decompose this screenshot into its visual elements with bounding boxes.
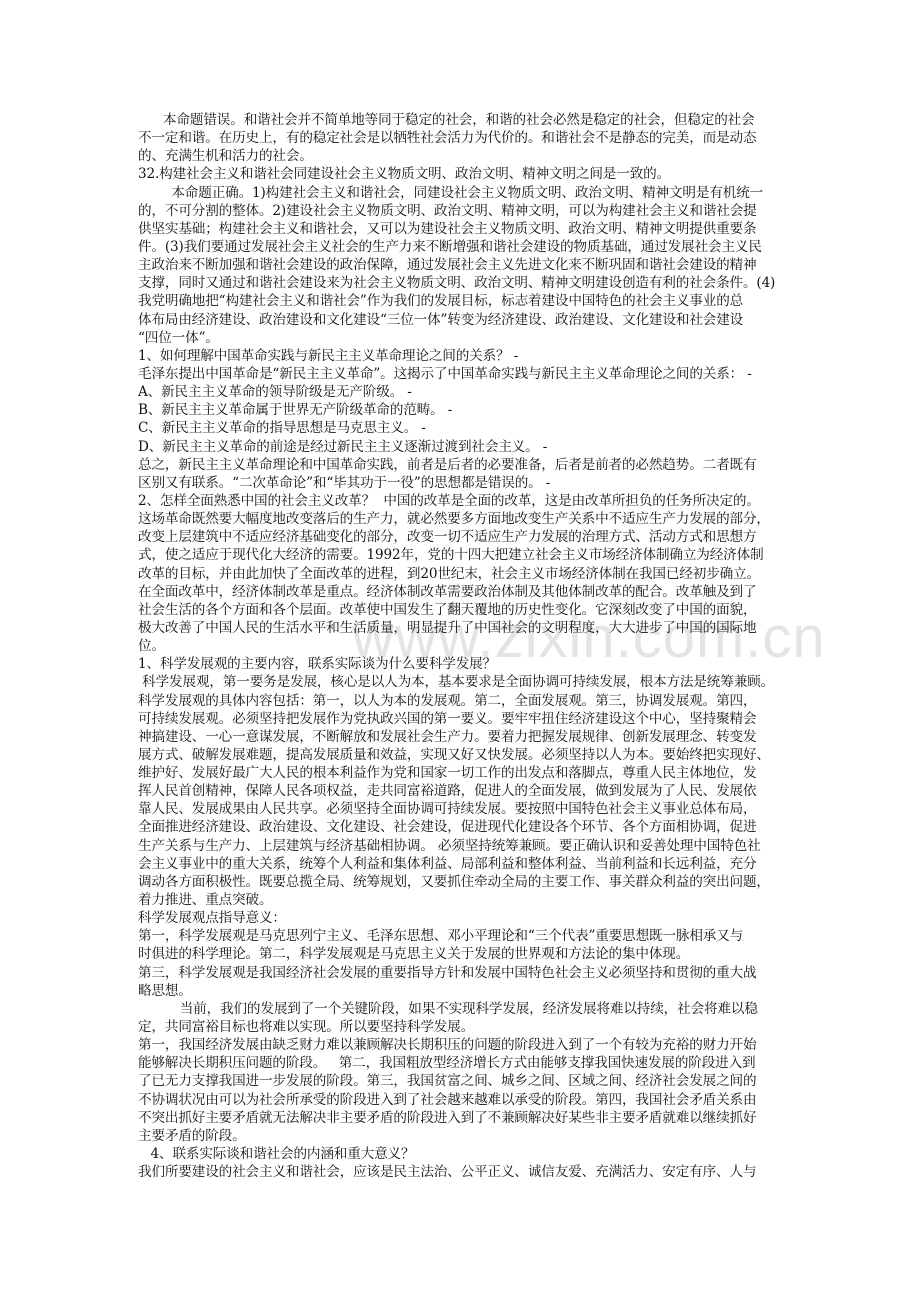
text-line: D、新民主主义革命的前途是经过新民主主义逐渐过渡到社会主义。 - — [138, 438, 798, 456]
text-line: 2、怎样全面熟悉中国的社会主义改革？ 中国的改革是全面的改革，这是由改革所担负的… — [138, 492, 798, 510]
text-line: 我们所要建设的社会主义和谐社会，应该是民主法治、公平正义、诚信友爱、充满活力、安… — [138, 1163, 798, 1181]
text-line: 主要矛盾的阶段。 — [138, 1127, 798, 1145]
text-line: 科学发展观点指导意义： — [138, 909, 798, 927]
text-line: 全面推进经济建设、政治建设、文化建设、社会建设，促进现代化建设各个环节、各个方面… — [138, 818, 798, 836]
text-line: “四位一体”。 — [138, 329, 798, 347]
text-line: 区别又有联系。“二次革命论”和“毕其功于一役”的思想都是错误的。 - — [138, 474, 798, 492]
text-line: C、新民主主义革命的指导思想是马克思主义。 - — [138, 419, 798, 437]
text-line: A、新民主主义革命的领导阶级是无产阶级。 - — [138, 383, 798, 401]
text-line: 能够解决长期积压问题的阶段。 第二，我国粗放型经济增长方式由能够支撑我国快速发展… — [138, 1054, 798, 1072]
text-line: 的，不可分割的整体。2)建设社会主义物质文明、政治文明、精神文明，可以为构建社会… — [138, 202, 798, 220]
document-body: 本命题错误。和谐社会并不简单地等同于稳定的社会，和谐的社会必然是稳定的社会，但稳… — [138, 111, 798, 1181]
text-line: 改革的目标，并由此加快了全面改革的进程，到20世纪末，社会主义市场经济体制在我国… — [138, 565, 798, 583]
text-line: 生产关系与生产力、上层建筑与经济基础相协调。 必须坚持统筹兼顾。要正确认识和妥善… — [138, 837, 798, 855]
text-line: 第一，我国经济发展由缺乏财力难以兼顾解决长期积压的问题的阶段进入到了一个有较为充… — [138, 1036, 798, 1054]
text-line: 我党明确地把“构建社会主义和谐社会”作为我们的发展目标，标志着建设中国特色的社会… — [138, 292, 798, 310]
text-line: 总之，新民主主义革命理论和中国革命实践，前者是后者的必要准备，后者是前者的必然趋… — [138, 456, 798, 474]
text-line: 社会生活的各个方面和各个层面。改革使中国发生了翻天覆地的历史性变化。它深刻改变了… — [138, 601, 798, 619]
text-line: 4、联系实际谈和谐社会的内涵和重大意义？ — [138, 1145, 798, 1163]
text-line: 了已无力支撑我国进一步发展的阶段。第三，我国贫富之间、城乡之间、区域之间、经济社… — [138, 1072, 798, 1090]
text-line: 略思想。 — [138, 982, 798, 1000]
document-page: www.zixin.com.cn 本命题错误。和谐社会并不简单地等同于稳定的社会… — [0, 0, 920, 1302]
text-line: 体布局由经济建设、政治建设和文化建设“三位一体”转变为经济建设、政治建设、文化建… — [138, 311, 798, 329]
text-line: 支撑，同时又通过和谐社会建设来为社会主义物质文明、政治文明、精神文明建设创造有利… — [138, 274, 798, 292]
text-line: 供坚实基础；构建社会主义和谐社会，又可以为建设社会主义物质文明、政治文明、精神文… — [138, 220, 798, 238]
text-line: 不一定和谐。在历史上，有的稳定社会是以牺牲社会活力为代价的。和谐社会不是静态的完… — [138, 129, 798, 147]
text-line: 式，使之适应于现代化大经济的需要。1992年，党的十四大把建立社会主义市场经济体… — [138, 546, 798, 564]
text-line: 靠人民、发展成果由人民共享。必须坚持全面协调可持续发展。要按照中国特色社会主义事… — [138, 800, 798, 818]
text-line: 展方式、破解发展难题，提高发展质量和效益，实现又好又快发展。必须坚持以人为本。要… — [138, 746, 798, 764]
text-line: 毛泽东提出中国革命是“新民主主义革命”。这揭示了中国革命实践与新民主主义革命理论… — [138, 365, 798, 383]
text-line: 维护好、发展好最广大人民的根本利益作为党和国家一切工作的出发点和落脚点，尊重人民… — [138, 764, 798, 782]
text-line: 在全面改革中，经济体制改革是重点。经济体制改革需要政治体制及其他体制改革的配合。… — [138, 583, 798, 601]
text-line: 1、如何理解中国革命实践与新民主主义革命理论之间的关系？ - — [138, 347, 798, 365]
text-line: 着力推进、重点突破。 — [138, 891, 798, 909]
text-line: 定，共同富裕目标也将难以实现。所以要坚持科学发展。 — [138, 1018, 798, 1036]
text-line: 本命题正确。1)构建社会主义和谐社会，同建设社会主义物质文明、政治文明、精神文明… — [138, 184, 798, 202]
text-line: 科学发展观的具体内容包括：第一，以人为本的发展观。第二，全面发展观。第三，协调发… — [138, 692, 798, 710]
text-line: 主政治来不断加强和谐社会建设的政治保障，通过发展社会主义先进文化来不断巩固和谐社… — [138, 256, 798, 274]
text-line: 的、充满生机和活力的社会。 — [138, 147, 798, 165]
text-line: 科学发展观，第一要务是发展，核心是以人为本，基本要求是全面协调可持续发展，根本方… — [138, 673, 798, 691]
text-line: 当前，我们的发展到了一个关键阶段，如果不实现科学发展，经济发展将难以持续，社会将… — [138, 1000, 798, 1018]
text-line: 第一，科学发展观是马克思列宁主义、毛泽东思想、邓小平理论和“三个代表”重要思想既… — [138, 927, 798, 945]
text-line: 神搞建设、一心一意谋发展，不断解放和发展社会生产力。要着力把握发展规律、创新发展… — [138, 728, 798, 746]
text-line: 件。(3)我们要通过发展社会主义社会的生产力来不断增强和谐社会建设的物质基础，通… — [138, 238, 798, 256]
text-line: 1、科学发展观的主要内容，联系实际谈为什么要科学发展？ — [138, 655, 798, 673]
text-line: 不协调状况由可以为社会所承受的阶段进入到了社会越来越难以承受的阶段。第四，我国社… — [138, 1091, 798, 1109]
text-line: 会主义事业中的重大关系，统筹个人利益和集体利益、局部利益和整体利益、当前利益和长… — [138, 855, 798, 873]
text-line: B、新民主主义革命属于世界无产阶级革命的范畴。 - — [138, 401, 798, 419]
text-line: 32.构建社会主义和谐社会同建设社会主义物质文明、政治文明、精神文明之间是一致的… — [138, 165, 798, 183]
text-line: 位。 — [138, 637, 798, 655]
text-line: 时俱进的科学理论。第二，科学发展观是马克思主义关于发展的世界观和方法论的集中体现… — [138, 945, 798, 963]
text-line: 挥人民首创精神，保障人民各项权益，走共同富裕道路，促进人的全面发展，做到发展为了… — [138, 782, 798, 800]
text-line: 调动各方面积极性。既要总揽全局、统筹规划，又要抓住牵动全局的主要工作、事关群众利… — [138, 873, 798, 891]
text-line: 极大改善了中国人民的生活水平和生活质量，明显提升了中国社会的文明程度，大大进步了… — [138, 619, 798, 637]
text-line: 可持续发展观。必须坚持把发展作为党执政兴国的第一要义。要牢牢扭住经济建设这个中心… — [138, 710, 798, 728]
text-line: 这场革命既然要大幅度地改变落后的生产力，就必然要多方面地改变生产关系中不适应生产… — [138, 510, 798, 528]
text-line: 第三，科学发展观是我国经济社会发展的重要指导方针和发展中国特色社会主义必须坚持和… — [138, 964, 798, 982]
text-line: 不突出抓好主要矛盾就无法解决非主要矛盾的阶段进入到了不兼顾解决好某些非主要矛盾就… — [138, 1109, 798, 1127]
text-line: 改变上层建筑中不适应经济基础变化的部分，改变一切不适应生产力发展的治理方式、活动… — [138, 528, 798, 546]
text-line: 本命题错误。和谐社会并不简单地等同于稳定的社会，和谐的社会必然是稳定的社会，但稳… — [138, 111, 798, 129]
